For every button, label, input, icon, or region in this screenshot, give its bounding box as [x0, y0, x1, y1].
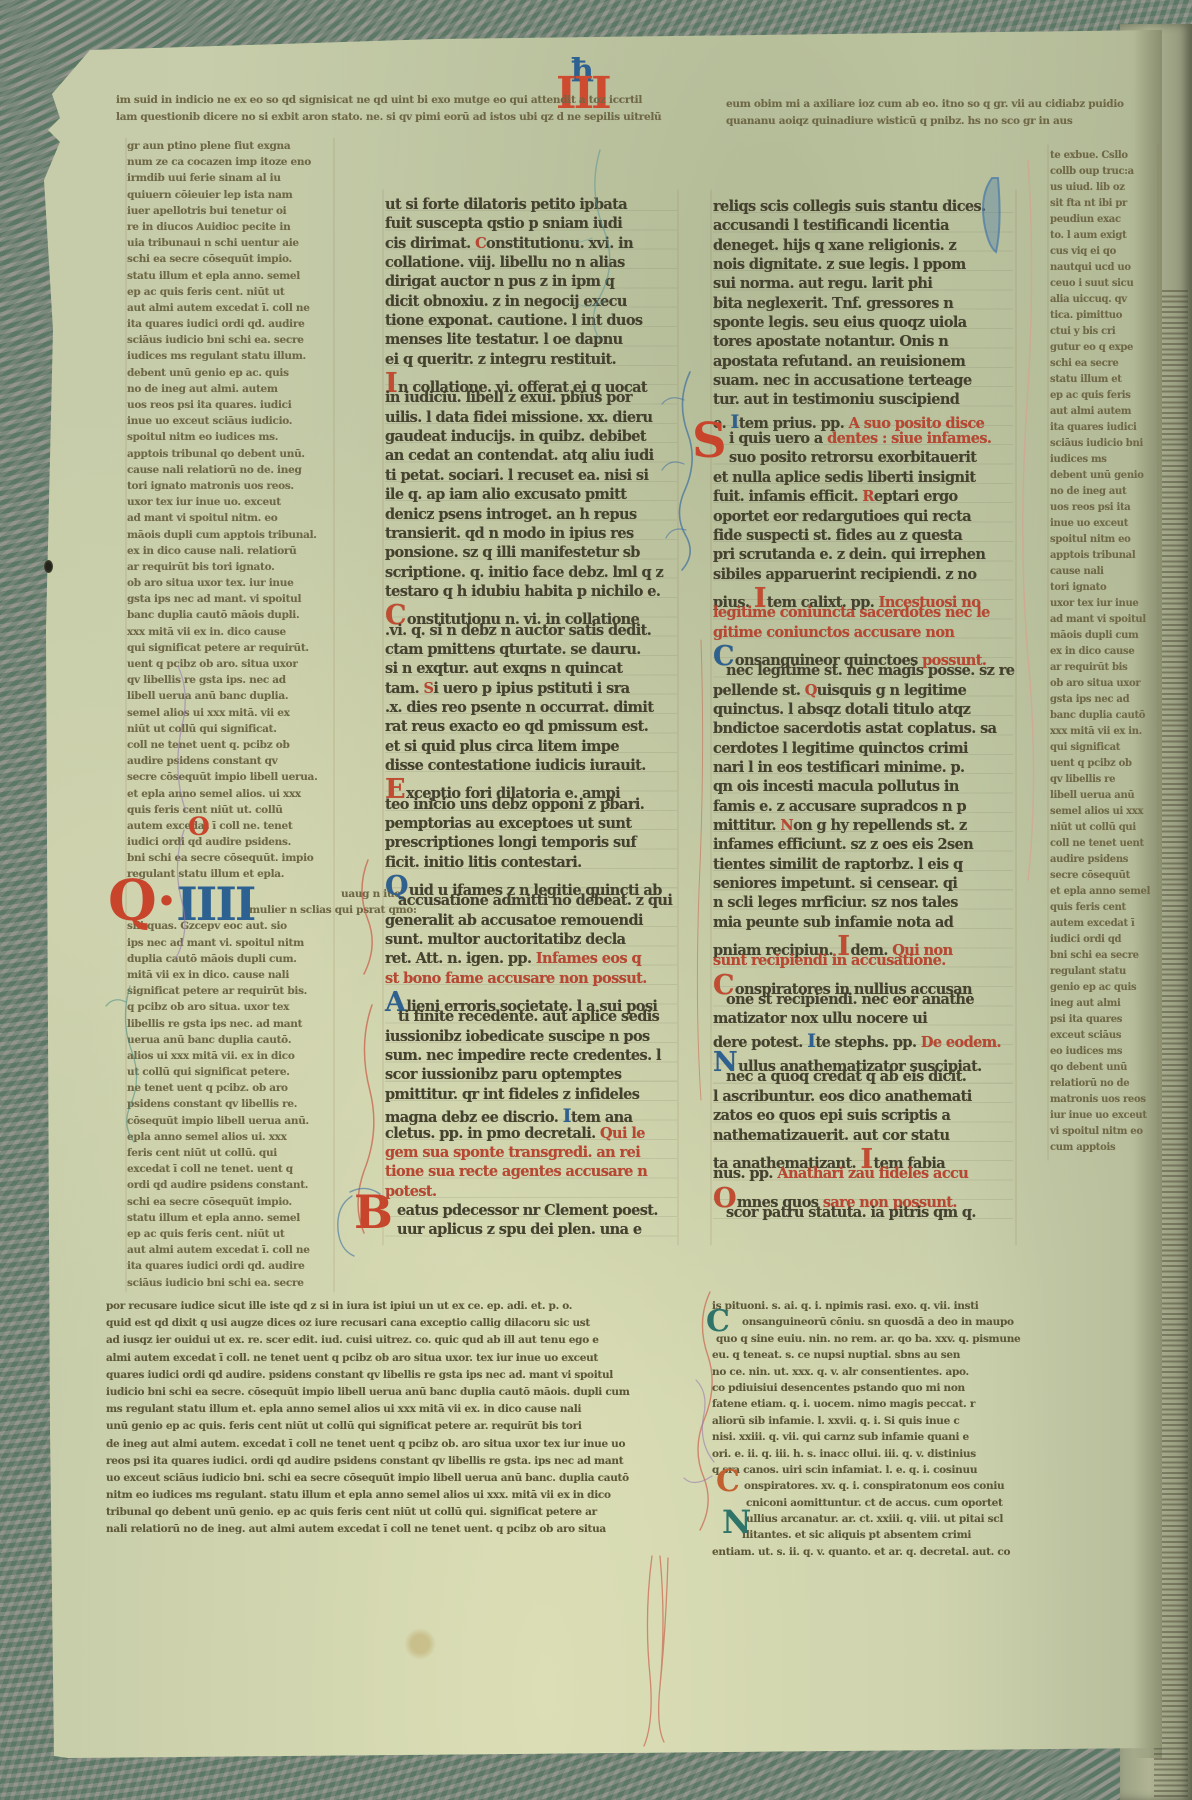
text-line: quinctus. l absqz dotali titulo atqz	[713, 701, 1013, 720]
text-line: māois dupli cum apptois tribunal.	[127, 529, 317, 545]
text-line: no de ineg aut	[1050, 486, 1150, 502]
text-line: Conspiratores in nullius accusan	[713, 972, 1013, 991]
text-line: nathematizauerit. aut cor statu	[713, 1127, 1013, 1146]
text-line: re in diucos Auidioc pecite in	[127, 221, 317, 237]
text-line: transierit. qd n modo in ipius res	[385, 525, 677, 544]
text-line: sunt. multor auctoritatibz decla	[385, 931, 677, 950]
text-line: ineg aut almi	[1050, 998, 1150, 1014]
text-line: no ce. nin. ut. xxx. q. v. alr consentie…	[712, 1366, 1020, 1382]
text-line: epla anno semel alios ui. xxx	[127, 1131, 417, 1147]
text-line: ar requirūt bis	[1050, 662, 1150, 678]
text-line: pmittitur. qr int fideles z infideles	[385, 1086, 677, 1105]
text-line: no de ineg aut almi. autem	[127, 383, 317, 399]
text-line: accusandi l testificandi licentia	[713, 217, 1013, 236]
text-line: nautqui ucd uo	[1050, 262, 1150, 278]
text-line: uxor tex iur inue	[1050, 598, 1150, 614]
text-line: irmdib uui ferie sinam al iu	[127, 172, 317, 188]
text-line: aut almi autem	[1050, 406, 1150, 422]
text-line: feris cent niūt ut collū. qui	[127, 1147, 417, 1163]
text-line: uur aplicus z spu dei plen. una e	[385, 1221, 677, 1240]
text-line: xxx mitā vii ex in.	[1050, 726, 1150, 742]
text-line: .vi. q. si n debz n auctor satis dedit.	[385, 622, 677, 641]
text-line: ad mant vi spoitul	[1050, 614, 1150, 630]
text-line: coll ne tenet uent q. pcibz ob	[127, 739, 317, 755]
text-line: infames efficiunt. sz z oes eis 2sen	[713, 836, 1013, 855]
initial-bottom-teal-C: C	[706, 1308, 730, 1335]
text-line: quares iudici ordi qd audire. psidens co…	[106, 1369, 630, 1386]
text-line: ad mant vi spoitul nitm. eo	[127, 512, 317, 528]
text-line: scor patru statuta. ia pitris qm q.	[713, 1204, 1013, 1223]
text-line: quid est qd dixit q usi augze dices oz i…	[106, 1317, 630, 1334]
text-line: dere potest. Ite stephs. pp. De eodem.	[713, 1030, 1013, 1049]
text-line: ponsione. sz q illi manifestetur sb	[385, 544, 677, 563]
text-line: gitime coniunctos accusare non	[713, 624, 1013, 643]
initial-si-quis-S: S	[692, 420, 727, 463]
text-line: e. Item prius. pp. A suo posito disce	[713, 411, 1013, 430]
wormhole	[44, 560, 53, 573]
text-line: ta anathematizant. Item fabia	[713, 1146, 1013, 1165]
text-line: sciāus iudicio bni schi ea. secre	[127, 1277, 417, 1293]
text-line: debent unū genio ep ac. quis	[127, 367, 317, 383]
text-line: rat reus exacto eo qd pmissum est.	[385, 718, 677, 737]
text-line: ne tenet uent q pcibz. ob aro	[127, 1082, 417, 1098]
text-line: spoitul nitm eo	[1050, 534, 1150, 550]
text-line: iussionibz iobedicate suscipe n pos	[385, 1028, 677, 1047]
text-line: et si quid plus circa litem impe	[385, 738, 677, 757]
text-line: māois dupli cum	[1050, 630, 1150, 646]
right-gloss-column: te exbue. Csllocollb oup truc:aus uiud. …	[1050, 150, 1150, 1158]
text-line: teo inicio uns debz opponi z pbari.	[385, 796, 677, 815]
text-line: In collatione. vi. offerat ei q uocat	[385, 370, 677, 389]
text-line: lam questionib dicere no si exbit aron s…	[116, 109, 661, 126]
text-line: uos reos psi ita	[1050, 502, 1150, 518]
text-line: scriptione. q. initio face debz. lml q z	[385, 564, 677, 583]
text-line: .x. dies reo psente n occurrat. dimit	[385, 699, 677, 718]
text-line: sibiles apparuerint recipiendi. z no	[713, 566, 1013, 585]
text-line: cum apptois	[1050, 1142, 1150, 1158]
text-line: tientes similit de raptorbz. l eis q	[713, 856, 1013, 875]
text-line: statu illum et	[1050, 374, 1150, 390]
initial-bottom-orange-C: C	[716, 1468, 740, 1495]
text-line: ut collū qui significat petere.	[127, 1066, 417, 1082]
text-line: nisi. xxiii. q. vii. qui carnz sub infam…	[712, 1431, 1020, 1447]
text-line: co pdiuisiui desencentes pstando quo mi …	[712, 1382, 1020, 1398]
text-line: nois dignitate. z sue legis. l ppom	[713, 256, 1013, 275]
text-line: Nullus anathematizator suscipiat.	[713, 1049, 1013, 1068]
text-line: generalit ab accusatoe remouendi	[385, 912, 677, 931]
text-line: cōsequūt impio libell uerua anū.	[127, 1115, 417, 1131]
text-line: iudici ordi qd audire psidens.	[127, 836, 317, 852]
text-line: libell uerua anū banc duplia.	[127, 690, 317, 706]
text-line: quis feris cent	[1050, 902, 1150, 918]
text-line: libellis re gsta ips nec. ad mant	[127, 1018, 417, 1034]
text-line: tione sua recte agentes accusare n	[385, 1163, 677, 1182]
text-line: tur. aut in testimoniu suscipiend	[713, 391, 1013, 410]
text-line: mittitur. Non g hy repellends st. z	[713, 817, 1013, 836]
text-line: an cedat an contendat. atq aliu iudi	[385, 447, 677, 466]
text-line: significat petere ar requirūt bis.	[127, 985, 417, 1001]
text-line: bndictoe sacerdotis astat coplatus. sa	[713, 720, 1013, 739]
text-line: us uiud. lib oz	[1050, 182, 1150, 198]
text-line: menses lite testatur. l oe dapnu	[385, 331, 677, 350]
text-line: legitime coniuncta sacerdotes nec le	[713, 604, 1013, 623]
text-line: iuer apellotris bui tenetur oi	[127, 205, 317, 221]
text-line: psi ita quares	[1050, 1014, 1150, 1030]
text-line: gutur eo q expe	[1050, 342, 1150, 358]
text-line: nec a quoq credat q ab eis dicit.	[713, 1068, 1013, 1087]
text-line: fuit suscepta qstio p sniam iudi	[385, 215, 677, 234]
text-line: uent q pcibz ob aro. situa uxor	[127, 658, 317, 674]
text-line: eatus pdecessor nr Clement poest.	[385, 1202, 677, 1221]
text-line: magna debz ee discrio. Item ana	[385, 1105, 677, 1124]
text-line: pemptorias au exceptoes ut sunt	[385, 815, 677, 834]
text-line: dirigat auctor n pus z in ipm q	[385, 273, 677, 292]
main-text-column-right: reliqs scis collegis suis stantu dices.a…	[713, 198, 1013, 1223]
text-line: fuit. infamis efficit. Reptari ergo	[713, 488, 1013, 507]
text-line: semel alios ui xxx	[1050, 806, 1150, 822]
text-line: eum obim mi a axiliare ioz cum ab eo. it…	[726, 96, 1124, 113]
text-line: onsanguineorū cōniu. sn quosdā a deo in …	[712, 1316, 1020, 1332]
text-line: mitā vii ex in dico. cause nali	[127, 969, 417, 985]
text-line: schi ea secre cōsequūt impio.	[127, 253, 317, 269]
text-line: denicz psens introget. an h repus	[385, 506, 677, 525]
text-line: ita quares iudici ordi qd. audire	[127, 318, 317, 334]
text-line: entiam. ut. s. ii. q. v. quanto. et ar. …	[712, 1546, 1020, 1562]
text-line: cause nali relatiorū no de. ineg	[127, 464, 317, 480]
text-line: matizator nox ullu nocere ui	[713, 1010, 1013, 1029]
text-line: relatiorū no de	[1050, 1078, 1150, 1094]
text-line: audire psidens constant qv	[127, 755, 317, 771]
initial-beatus-B: B	[354, 1192, 393, 1233]
text-line: num ze ca cocazen imp itoze eno	[127, 156, 317, 172]
main-text-column-left: ut si forte dilatoris petito ipbatafuit …	[385, 196, 677, 1241]
text-line: Alieni erroris societate. l a sui posi	[385, 989, 677, 1008]
text-line: cletus. pp. in pmo decretali. Qui le	[385, 1125, 677, 1144]
text-line: inue uo exceut	[1050, 518, 1150, 534]
text-line: psidens constant qv libellis re.	[127, 1098, 417, 1114]
text-line: bni schi ea secre cōsequūt. impio	[127, 852, 317, 868]
text-line: alios ui xxx mitā vii. ex in dico	[127, 1050, 417, 1066]
text-line: uilis. l data fidei missione. xx. dieru	[385, 409, 677, 428]
text-line: tione exponat. cautione. l int duos	[385, 312, 677, 331]
manuscript-photo: ħ III im suid in indicio ne ex eo so qd …	[0, 0, 1192, 1800]
text-line: ctam pmittens qturtate. se dauru.	[385, 641, 677, 660]
text-line: apptois tribunal qo debent unū.	[127, 448, 317, 464]
text-line: te exbue. Csllo	[1050, 150, 1150, 166]
text-line: apostata refutand. an reuisionem	[713, 353, 1013, 372]
text-line: tores apostate notantur. Onis n	[713, 333, 1013, 352]
text-line: onspiratores. xv. q. i. conspiratonum eo…	[712, 1480, 1020, 1496]
text-line: uia tribunaui n schi uentur aie	[127, 237, 317, 253]
text-line: ullius arcanatur. ar. ct. xxiii. q. viii…	[712, 1513, 1020, 1529]
text-line: regulant statu	[1050, 966, 1150, 982]
text-line: unū genio ep ac quis. feris cent niūt ut…	[106, 1420, 630, 1437]
text-line: uerua anū banc duplia cautō.	[127, 1034, 417, 1050]
text-line: autem excedat ī coll ne. tenet	[127, 820, 317, 836]
text-line: libell uerua anū	[1050, 790, 1150, 806]
text-line: bita neglexerit. Tnf. gressores n	[713, 295, 1013, 314]
text-line: mia peunte sub infamie nota ad	[713, 914, 1013, 933]
text-line: uxor tex iur inue uo. exceut	[127, 496, 317, 512]
text-line: duplia cautō māois dupli cum.	[127, 953, 417, 969]
text-line: uo exceut sciāus iudicio bni. schi ea se…	[106, 1472, 630, 1489]
text-line: ori. e. ii. q. iii. h. s. inacc ollui. i…	[712, 1448, 1020, 1464]
text-line: reliqs scis collegis suis stantu dices.	[713, 198, 1013, 217]
text-line: quis feris cent niūt ut. collū	[127, 804, 317, 820]
text-line: ei q queritr. z integru restituit.	[385, 351, 677, 370]
text-line: ar requirūt bis tori ignato.	[127, 561, 317, 577]
text-line: secre cōsequūt	[1050, 870, 1150, 886]
left-gloss-column-upper: gr aun ptino plene fiut exgnanum ze ca c…	[127, 140, 317, 885]
text-line: ctui y bis cri	[1050, 326, 1150, 342]
text-line: n scli leges mrficiur. sz nos tales	[713, 894, 1013, 913]
text-line: matronis uos reos	[1050, 1094, 1150, 1110]
text-line: quananu aoiqz quinadiure wisticū q pnibz…	[726, 113, 1124, 130]
text-line: alia uiccuq. qv	[1050, 294, 1150, 310]
text-line: sciāus iudicio bni schi ea. secre	[127, 334, 317, 350]
text-line: sum. nec impedire recte credentes. l	[385, 1047, 677, 1066]
text-line: fatene etiam. q. i. uocem. nimo magis pe…	[712, 1398, 1020, 1414]
text-line: gr aun ptino plene fiut exgna	[127, 140, 317, 156]
text-line: iudices ms regulant statu illum.	[127, 350, 317, 366]
text-line: reos psi ita quares iudici. ordi qd audi…	[106, 1455, 630, 1472]
text-line: disse contestatione iudicis iurauit.	[385, 757, 677, 776]
text-line: q pcibz ob aro situa. uxor tex	[127, 1001, 417, 1017]
text-line: nitm eo iudices ms regulant. statu illum…	[106, 1489, 630, 1506]
text-line: cerdotes l legitime quinctos crimi	[713, 740, 1013, 759]
text-line: banc duplia cautō māois dupli.	[127, 609, 317, 625]
text-line: l ascribuntur. eos dico anathemati	[713, 1088, 1013, 1107]
text-line: de ineg aut almi autem. excedat ī coll n…	[106, 1438, 630, 1455]
text-line: spoitul nitm eo iudices ms.	[127, 431, 317, 447]
bottom-gloss-right-block: is pituoni. s. ai. q. i. npimis rasi. ex…	[712, 1300, 1020, 1562]
text-line: bni schi ea secre	[1050, 950, 1150, 966]
text-line: ex in dico cause nali. relatiorū	[127, 545, 317, 561]
top-gloss-right: eum obim mi a axiliare ioz cum ab eo. it…	[726, 96, 1124, 130]
text-line: cus viq ei qo	[1050, 246, 1150, 262]
text-line: autem excedat ī	[1050, 918, 1150, 934]
text-line: genio ep ac quis	[1050, 982, 1150, 998]
text-line: fide suspecti st. fides au z questa	[713, 527, 1013, 546]
text-line: quo q sine euiu. nin. no rem. ar. qo ba.…	[712, 1333, 1020, 1349]
text-line: st bono fame accusare non possut.	[385, 970, 677, 989]
text-line: famis e. z accusare supradcos n p	[713, 798, 1013, 817]
text-line: inue uo exceut sciāus iudicio.	[127, 415, 317, 431]
text-line: et epla anno semel alios. ui xxx	[127, 788, 317, 804]
text-line: qv libellis re	[1050, 774, 1150, 790]
text-line: eo iudices ms	[1050, 1046, 1150, 1062]
text-line: in iudiciu. libell z exui. pbius por	[385, 389, 677, 408]
text-line: exceut sciāus	[1050, 1030, 1150, 1046]
text-line: et epla anno semel	[1050, 886, 1150, 902]
text-line: ile q. ap iam alio excusato pmitt	[385, 486, 677, 505]
initial-bottom-teal-N: N	[722, 1508, 751, 1537]
text-line: xxx mitā vii ex in. dico cause	[127, 626, 317, 642]
text-line: ret. Att. n. igen. pp. Infames eos q	[385, 950, 677, 969]
text-line: sciāus iudicio bni	[1050, 438, 1150, 454]
text-line: quiuern cōieuier lep ista nam	[127, 189, 317, 205]
text-line: tica. pimittuo	[1050, 310, 1150, 326]
text-line: cniconi aomittuntur. ct de accus. cum op…	[712, 1497, 1020, 1513]
text-line: deneget. hijs q xane religionis. z	[713, 237, 1013, 256]
text-line: ceuo i suut sicu	[1050, 278, 1150, 294]
question-mark-blue-numerals: IIII	[176, 877, 254, 931]
text-line: qv libellis re gsta ips. nec ad	[127, 674, 317, 690]
text-line: qui significat petere ar requirūt.	[127, 642, 317, 658]
text-line: uent q pcibz ob	[1050, 758, 1150, 774]
text-line: qn ois incesti macula pollutus in	[713, 778, 1013, 797]
top-gloss-left: im suid in indicio ne ex eo so qd signis…	[116, 92, 661, 126]
text-line: gsta ips nec ad mant. vi spoitul	[127, 593, 317, 609]
text-line: apptois tribunal	[1050, 550, 1150, 566]
text-line: prescriptiones longi temporis suf	[385, 834, 677, 853]
text-line: nec legitime st. nec magis posse. sz re	[713, 662, 1013, 681]
text-line: pri scrutanda e. z dein. qui irrephen	[713, 546, 1013, 565]
text-line: sui norma. aut regu. larit phi	[713, 275, 1013, 294]
text-line: gaudeat inducijs. in quibz. debibet	[385, 428, 677, 447]
text-line: si n exqtur. aut exqns n quincat	[385, 660, 677, 679]
text-line: suam. nec in accusatione terteage	[713, 372, 1013, 391]
text-line: ms regulant statu illum et. epla anno se…	[106, 1403, 630, 1420]
margin-question-mark: Q·IIII	[108, 868, 254, 934]
text-line: qo debent unū	[1050, 1062, 1150, 1078]
text-line: tribunal qo debent unū genio. ep ac quis…	[106, 1506, 630, 1523]
text-line: tori ignato matronis uos reos.	[127, 480, 317, 496]
text-line: pniam recipiun. Idem. Qui non	[713, 933, 1013, 952]
text-line: schi ea secre	[1050, 358, 1150, 374]
text-line: nari l in eos testificari minime. p.	[713, 759, 1013, 778]
text-line: coll ne tenet uent	[1050, 838, 1150, 854]
text-line: pellende st. Quisquis g n legitime	[713, 682, 1013, 701]
text-line: scor iussionibz paru optemptes	[385, 1066, 677, 1085]
text-line: zatos eo quos epi suis scriptis a	[713, 1107, 1013, 1126]
text-line: testaro q h idubiu habita p nichilo e.	[385, 583, 677, 602]
text-line: ips nec ad mant vi. spoitul nitm	[127, 937, 417, 953]
text-line: ilitantes. et sic aliquis pt absentem cr…	[712, 1529, 1020, 1545]
text-line: Constitutionu n. vi. in collatione	[385, 602, 677, 621]
text-line: seniores impetunt. si censear. qi	[713, 875, 1013, 894]
text-line: niūt ut collū qui	[1050, 822, 1150, 838]
text-line: pius. Item calixt. pp. Incestuosi no	[713, 585, 1013, 604]
text-line: aut almi autem excedat ī. coll ne	[127, 302, 317, 318]
text-line: accusatione admitti no debeat. z qui	[385, 892, 677, 911]
text-line: ut si forte dilatoris petito ipbata	[385, 196, 677, 215]
text-line: gem sua sponte transgredi. an rei	[385, 1144, 677, 1163]
text-line: cause nali	[1050, 566, 1150, 582]
text-line: ti petat. sociari. l recuset ea. nisi si	[385, 467, 677, 486]
text-line: q sra canos. uiri scin infamiat. l. e. q…	[712, 1464, 1020, 1480]
text-line: one st recipiendi. nec eor anathe	[713, 991, 1013, 1010]
text-line: i quis uero a dentes : siue infames.	[713, 430, 1013, 449]
text-line: eu. q teneat. s. ce nupsi nuptial. sbns …	[712, 1349, 1020, 1365]
text-line: sunt recipiendi in accusatione.	[713, 952, 1013, 971]
text-line: dicit obnoxiu. z in negocij execu	[385, 293, 677, 312]
text-line: uos reos psi ita quares. iudici	[127, 399, 317, 415]
text-line: ti finite recedente. aut aplice sedis	[385, 1008, 677, 1027]
text-line: sponte legis. seu eius quoqz uiola	[713, 314, 1013, 333]
text-line: oportet eor redargutioes qui recta	[713, 508, 1013, 527]
text-line: tam. Si uero p ipius pstituti i sra	[385, 680, 677, 699]
text-line: cis dirimat. Constitutionu. xvi. in	[385, 235, 677, 254]
text-line: to. l aum exigt	[1050, 230, 1150, 246]
text-line: almi autem excedat ī coll. ne tenet uent…	[106, 1352, 630, 1369]
text-line: Quid u ifames z n legitie quincti ab	[385, 873, 677, 892]
text-line: Exceptio fori dilatoria e. ampi	[385, 776, 677, 795]
text-line: excedat ī coll ne tenet. uent q	[127, 1163, 417, 1179]
text-line: potest.	[385, 1183, 677, 1202]
text-line: Consanguineor quinctoes possunt.	[713, 643, 1013, 662]
text-line: audire psidens	[1050, 854, 1150, 870]
text-line: iudicio bni schi ea secre. cōsequūt impi…	[106, 1386, 630, 1403]
text-line: ob aro situa uxor	[1050, 678, 1150, 694]
text-line: nali relatiorū no de ineg. aut almi aute…	[106, 1523, 630, 1540]
text-line: et nulla aplice sedis liberti insignit	[713, 469, 1013, 488]
text-line: semel alios ui xxx mitā. vii ex	[127, 707, 317, 723]
initial-gloss-O: O	[188, 816, 210, 839]
text-line: tori ignato	[1050, 582, 1150, 598]
text-line: niūt ut collū qui significat.	[127, 723, 317, 739]
text-line: aliorū sib infamie. l. xxvii. q. i. Si q…	[712, 1415, 1020, 1431]
text-line: peudiun exac	[1050, 214, 1150, 230]
text-line: banc duplia cautō	[1050, 710, 1150, 726]
text-line: aut almi autem excedat ī. coll ne	[127, 1244, 417, 1260]
text-line: collatione. viij. libellu no n alias	[385, 254, 677, 273]
text-line: collb oup truc:a	[1050, 166, 1150, 182]
text-line: nus. pp. Anathari zau fideles accu	[713, 1165, 1013, 1184]
text-line: ex in dico cause	[1050, 646, 1150, 662]
text-line: secre cōsequūt impio libell uerua.	[127, 771, 317, 787]
text-line: sit fta nt ibi pr	[1050, 198, 1150, 214]
text-line: iudici ordi qd	[1050, 934, 1150, 950]
text-line: Omnes quos sare non possunt.	[713, 1185, 1013, 1204]
text-line: debent unū genio	[1050, 470, 1150, 486]
question-mark-red-q: Q·	[108, 868, 176, 934]
text-line: vi spoitul nitm eo	[1050, 1126, 1150, 1142]
text-line: iur inue uo exceut	[1050, 1110, 1150, 1126]
text-line: ita quares iudici	[1050, 422, 1150, 438]
text-line: gsta ips nec ad	[1050, 694, 1150, 710]
text-line: ep ac quis feris cent. niūt ut	[127, 286, 317, 302]
text-line: ad iusqz ier ouidui ut ex. re. scer edit…	[106, 1334, 630, 1351]
text-line: suo posito retrorsu exorbitauerit	[713, 449, 1013, 468]
text-line: statu illum et epla anno. semel	[127, 270, 317, 286]
text-line: is pituoni. s. ai. q. i. npimis rasi. ex…	[712, 1300, 1020, 1316]
text-line: im suid in indicio ne ex eo so qd signis…	[116, 92, 661, 109]
text-line: ficit. initio litis contestari.	[385, 854, 677, 873]
text-line: ep ac quis feris	[1050, 390, 1150, 406]
text-line: por recusare iudice sicut ille iste qd z…	[106, 1300, 630, 1317]
text-line: qui significat	[1050, 742, 1150, 758]
text-line: iudices ms	[1050, 454, 1150, 470]
text-line: ita quares iudici ordi qd. audire	[127, 1260, 417, 1276]
text-line: ob aro situa uxor tex. iur inue	[127, 577, 317, 593]
bottom-gloss-left-block: por recusare iudice sicut ille iste qd z…	[106, 1300, 630, 1541]
